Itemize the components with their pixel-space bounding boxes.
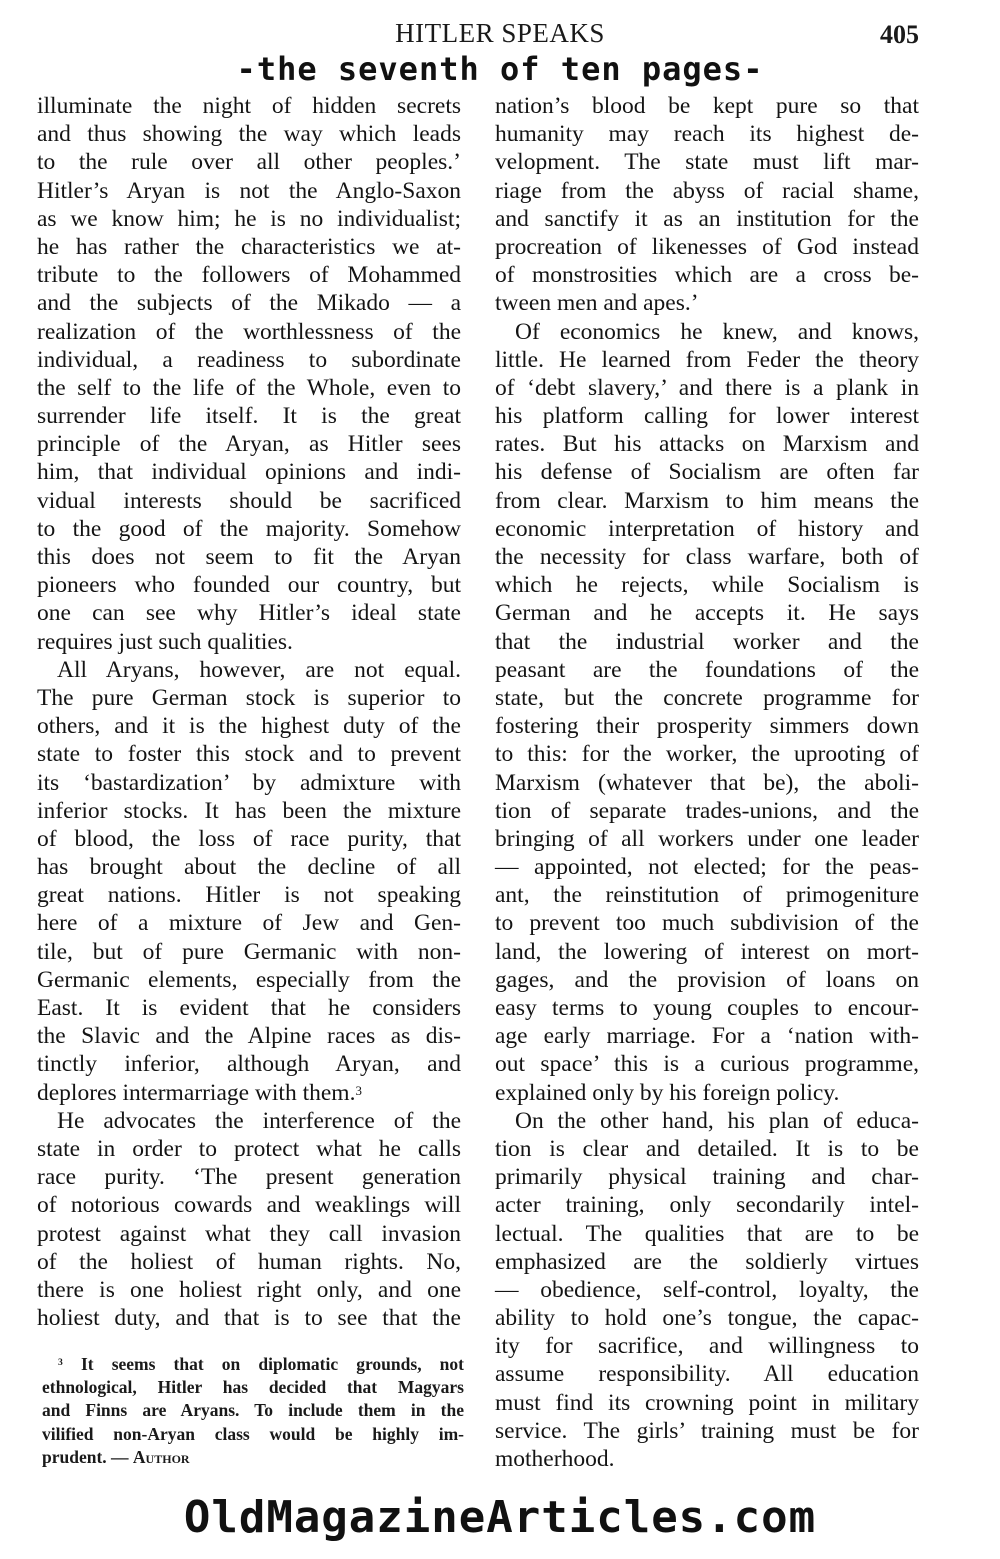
right-column: nation’s blood be kept pure so that huma… xyxy=(495,92,919,1473)
text-line: tion of separate trades-unions, and the xyxy=(495,797,919,825)
text-line: race purity. ‘The present generation xyxy=(37,1163,461,1191)
text-line: and thus showing the way which leads xyxy=(37,120,461,148)
text-line: land, the lowering of interest on mort- xyxy=(495,938,919,966)
text-line: of blood, the loss of race purity, that xyxy=(37,825,461,853)
text-line: his defense of Socialism are often far xyxy=(495,458,919,486)
footnote-attribution: Author xyxy=(133,1447,190,1467)
footnote-line: vilified non-Aryan class would be highly… xyxy=(42,1423,464,1446)
text-line: ity for sacrifice, and willingness to xyxy=(495,1332,919,1360)
text-line: others, and it is the highest duty of th… xyxy=(37,712,461,740)
footnote: 3 It seems that on diplomatic grounds, n… xyxy=(42,1353,464,1469)
text-line: individual, a readiness to subordinate xyxy=(37,346,461,374)
text-line: holiest duty, and that is to see that th… xyxy=(37,1304,461,1332)
text-line: and the subjects of the Mikado — a xyxy=(37,289,461,317)
text-line: and sanctify it as an institution for th… xyxy=(495,205,919,233)
paragraph-start-line: Of economics he knew, and knows, xyxy=(495,318,919,346)
site-watermark: OldMagazineArticles.com xyxy=(0,1492,1000,1543)
paragraph-start-line: On the other hand, his plan of educa- xyxy=(495,1107,919,1135)
footnote-line: 3 It seems that on diplomatic grounds, n… xyxy=(42,1353,464,1376)
text-line: realization of the worthlessness of the xyxy=(37,318,461,346)
text-line: to the good of the majority. Somehow xyxy=(37,515,461,543)
left-column: illuminate the night of hidden secrets a… xyxy=(37,92,461,1332)
text-line: to this: for the worker, the uprooting o… xyxy=(495,740,919,768)
text-line: nation’s blood be kept pure so that xyxy=(495,92,919,120)
footnote-reference[interactable]: 3 xyxy=(355,1083,361,1098)
text-line: The pure German stock is superior to xyxy=(37,684,461,712)
text-line: state to foster this stock and to preven… xyxy=(37,740,461,768)
text-line: of the holiest of human rights. No, xyxy=(37,1248,461,1276)
text-line: motherhood. xyxy=(495,1445,919,1473)
text-line: the self to the life of the Whole, even … xyxy=(37,374,461,402)
paragraph-start-line: He advocates the interference of the xyxy=(37,1107,461,1135)
page-subtitle: -the seventh of ten pages- xyxy=(0,50,1000,88)
text-line: the necessity for class warfare, both of xyxy=(495,543,919,571)
text-line: tween men and apes.’ xyxy=(495,289,919,317)
text-line: emphasized are the soldierly virtues xyxy=(495,1248,919,1276)
text-line: pioneers who founded our country, but xyxy=(37,571,461,599)
text-line: here of a mixture of Jew and Gen- xyxy=(37,909,461,937)
text-line: bringing of all workers under one leader xyxy=(495,825,919,853)
footnote-text: It seems that on diplomatic grounds, not xyxy=(81,1354,464,1374)
text-line: his platform calling for lower interest xyxy=(495,402,919,430)
text-line: there is one holiest right only, and one xyxy=(37,1276,461,1304)
text-line: service. The girls’ training must be for xyxy=(495,1417,919,1445)
text-line: peasant are the foundations of the xyxy=(495,656,919,684)
text-line: economic interpretation of history and xyxy=(495,515,919,543)
text-line: tinctly inferior, although Aryan, and xyxy=(37,1050,461,1078)
footnote-text: prudent. — xyxy=(42,1447,133,1467)
text-line: has brought about the decline of all xyxy=(37,853,461,881)
text-line: Germanic elements, especially from the xyxy=(37,966,461,994)
text-line: German and he accepts it. He says xyxy=(495,599,919,627)
footnote-line: and Finns are Aryans. To include them in… xyxy=(42,1399,464,1422)
text-line: easy terms to young couples to encour- xyxy=(495,994,919,1022)
text-line: to prevent too much subdivision of the xyxy=(495,909,919,937)
paragraph-start-line: All Aryans, however, are not equal. xyxy=(37,656,461,684)
text-line: gages, and the provision of loans on xyxy=(495,966,919,994)
text-line: protest against what they call invasion xyxy=(37,1220,461,1248)
text-line: East. It is evident that he considers xyxy=(37,994,461,1022)
text-line: illuminate the night of hidden secrets xyxy=(37,92,461,120)
text-line: primarily physical training and char- xyxy=(495,1163,919,1191)
text-line: he has rather the characteristics we at- xyxy=(37,233,461,261)
text-line: requires just such qualities. xyxy=(37,628,461,656)
text-line: humanity may reach its highest de- xyxy=(495,120,919,148)
text-line: from clear. Marxism to him means the xyxy=(495,487,919,515)
text-line: state, but the concrete programme for xyxy=(495,684,919,712)
text-line: lectual. The qualities that are to be xyxy=(495,1220,919,1248)
text-line: out space’ this is a curious programme, xyxy=(495,1050,919,1078)
footnote-line: prudent. — Author xyxy=(42,1446,464,1469)
text-line: as we know him; he is no individualist; xyxy=(37,205,461,233)
text-line: fostering their prosperity simmers down xyxy=(495,712,919,740)
text-line: of ‘debt slavery,’ and there is a plank … xyxy=(495,374,919,402)
text-line: rates. But his attacks on Marxism and xyxy=(495,430,919,458)
text-line: which he rejects, while Socialism is xyxy=(495,571,919,599)
text-line: state in order to protect what he calls xyxy=(37,1135,461,1163)
text-line: deplores intermarriage with them.3 xyxy=(37,1079,461,1107)
text-line: explained only by his foreign policy. xyxy=(495,1079,919,1107)
text-line: of monstrosities which are a cross be- xyxy=(495,261,919,289)
text-line: the Slavic and the Alpine races as dis- xyxy=(37,1022,461,1050)
text-line: surrender life itself. It is the great xyxy=(37,402,461,430)
footnote-marker: 3 xyxy=(58,1357,63,1368)
text-line: velopment. The state must lift mar- xyxy=(495,148,919,176)
text-line: — obedience, self-control, loyalty, the xyxy=(495,1276,919,1304)
text-line: ant, the reinstitution of primogeniture xyxy=(495,881,919,909)
text-line: vidual interests should be sacrificed xyxy=(37,487,461,515)
text-line: him, that individual opinions and indi- xyxy=(37,458,461,486)
text-line: one can see why Hitler’s ideal state xyxy=(37,599,461,627)
text-line: tile, but of pure Germanic with non- xyxy=(37,938,461,966)
text-line: this does not seem to fit the Aryan xyxy=(37,543,461,571)
text-line-content: deplores intermarriage with them. xyxy=(37,1080,355,1106)
text-line: acter training, only secondarily intel- xyxy=(495,1191,919,1219)
text-line: of notorious cowards and weaklings will xyxy=(37,1191,461,1219)
text-line: ability to hold one’s tongue, the capac- xyxy=(495,1304,919,1332)
text-line: tribute to the followers of Mohammed xyxy=(37,261,461,289)
text-line: its ‘bastardization’ by admixture with xyxy=(37,769,461,797)
text-line: principle of the Aryan, as Hitler sees xyxy=(37,430,461,458)
text-line: age early marriage. For a ‘nation with- xyxy=(495,1022,919,1050)
text-line: Marxism (whatever that be), the aboli- xyxy=(495,769,919,797)
text-line: Hitler’s Aryan is not the Anglo-Saxon xyxy=(37,177,461,205)
text-line: great nations. Hitler is not speaking xyxy=(37,881,461,909)
text-line: little. He learned from Feder the theory xyxy=(495,346,919,374)
text-line: to the rule over all other peoples.’ xyxy=(37,148,461,176)
text-line: riage from the abyss of racial shame, xyxy=(495,177,919,205)
text-line: that the industrial worker and the xyxy=(495,628,919,656)
footnote-line: ethnological, Hitler has decided that Ma… xyxy=(42,1376,464,1399)
text-line: procreation of likenesses of God instead xyxy=(495,233,919,261)
text-line: assume responsibility. All education xyxy=(495,1360,919,1388)
text-line: inferior stocks. It has been the mixture xyxy=(37,797,461,825)
running-title: HITLER SPEAKS xyxy=(0,18,1000,49)
text-line: — appointed, not elected; for the peas- xyxy=(495,853,919,881)
text-line: tion is clear and detailed. It is to be xyxy=(495,1135,919,1163)
text-line: must find its crowning point in military xyxy=(495,1389,919,1417)
page-number: 405 xyxy=(880,20,919,50)
